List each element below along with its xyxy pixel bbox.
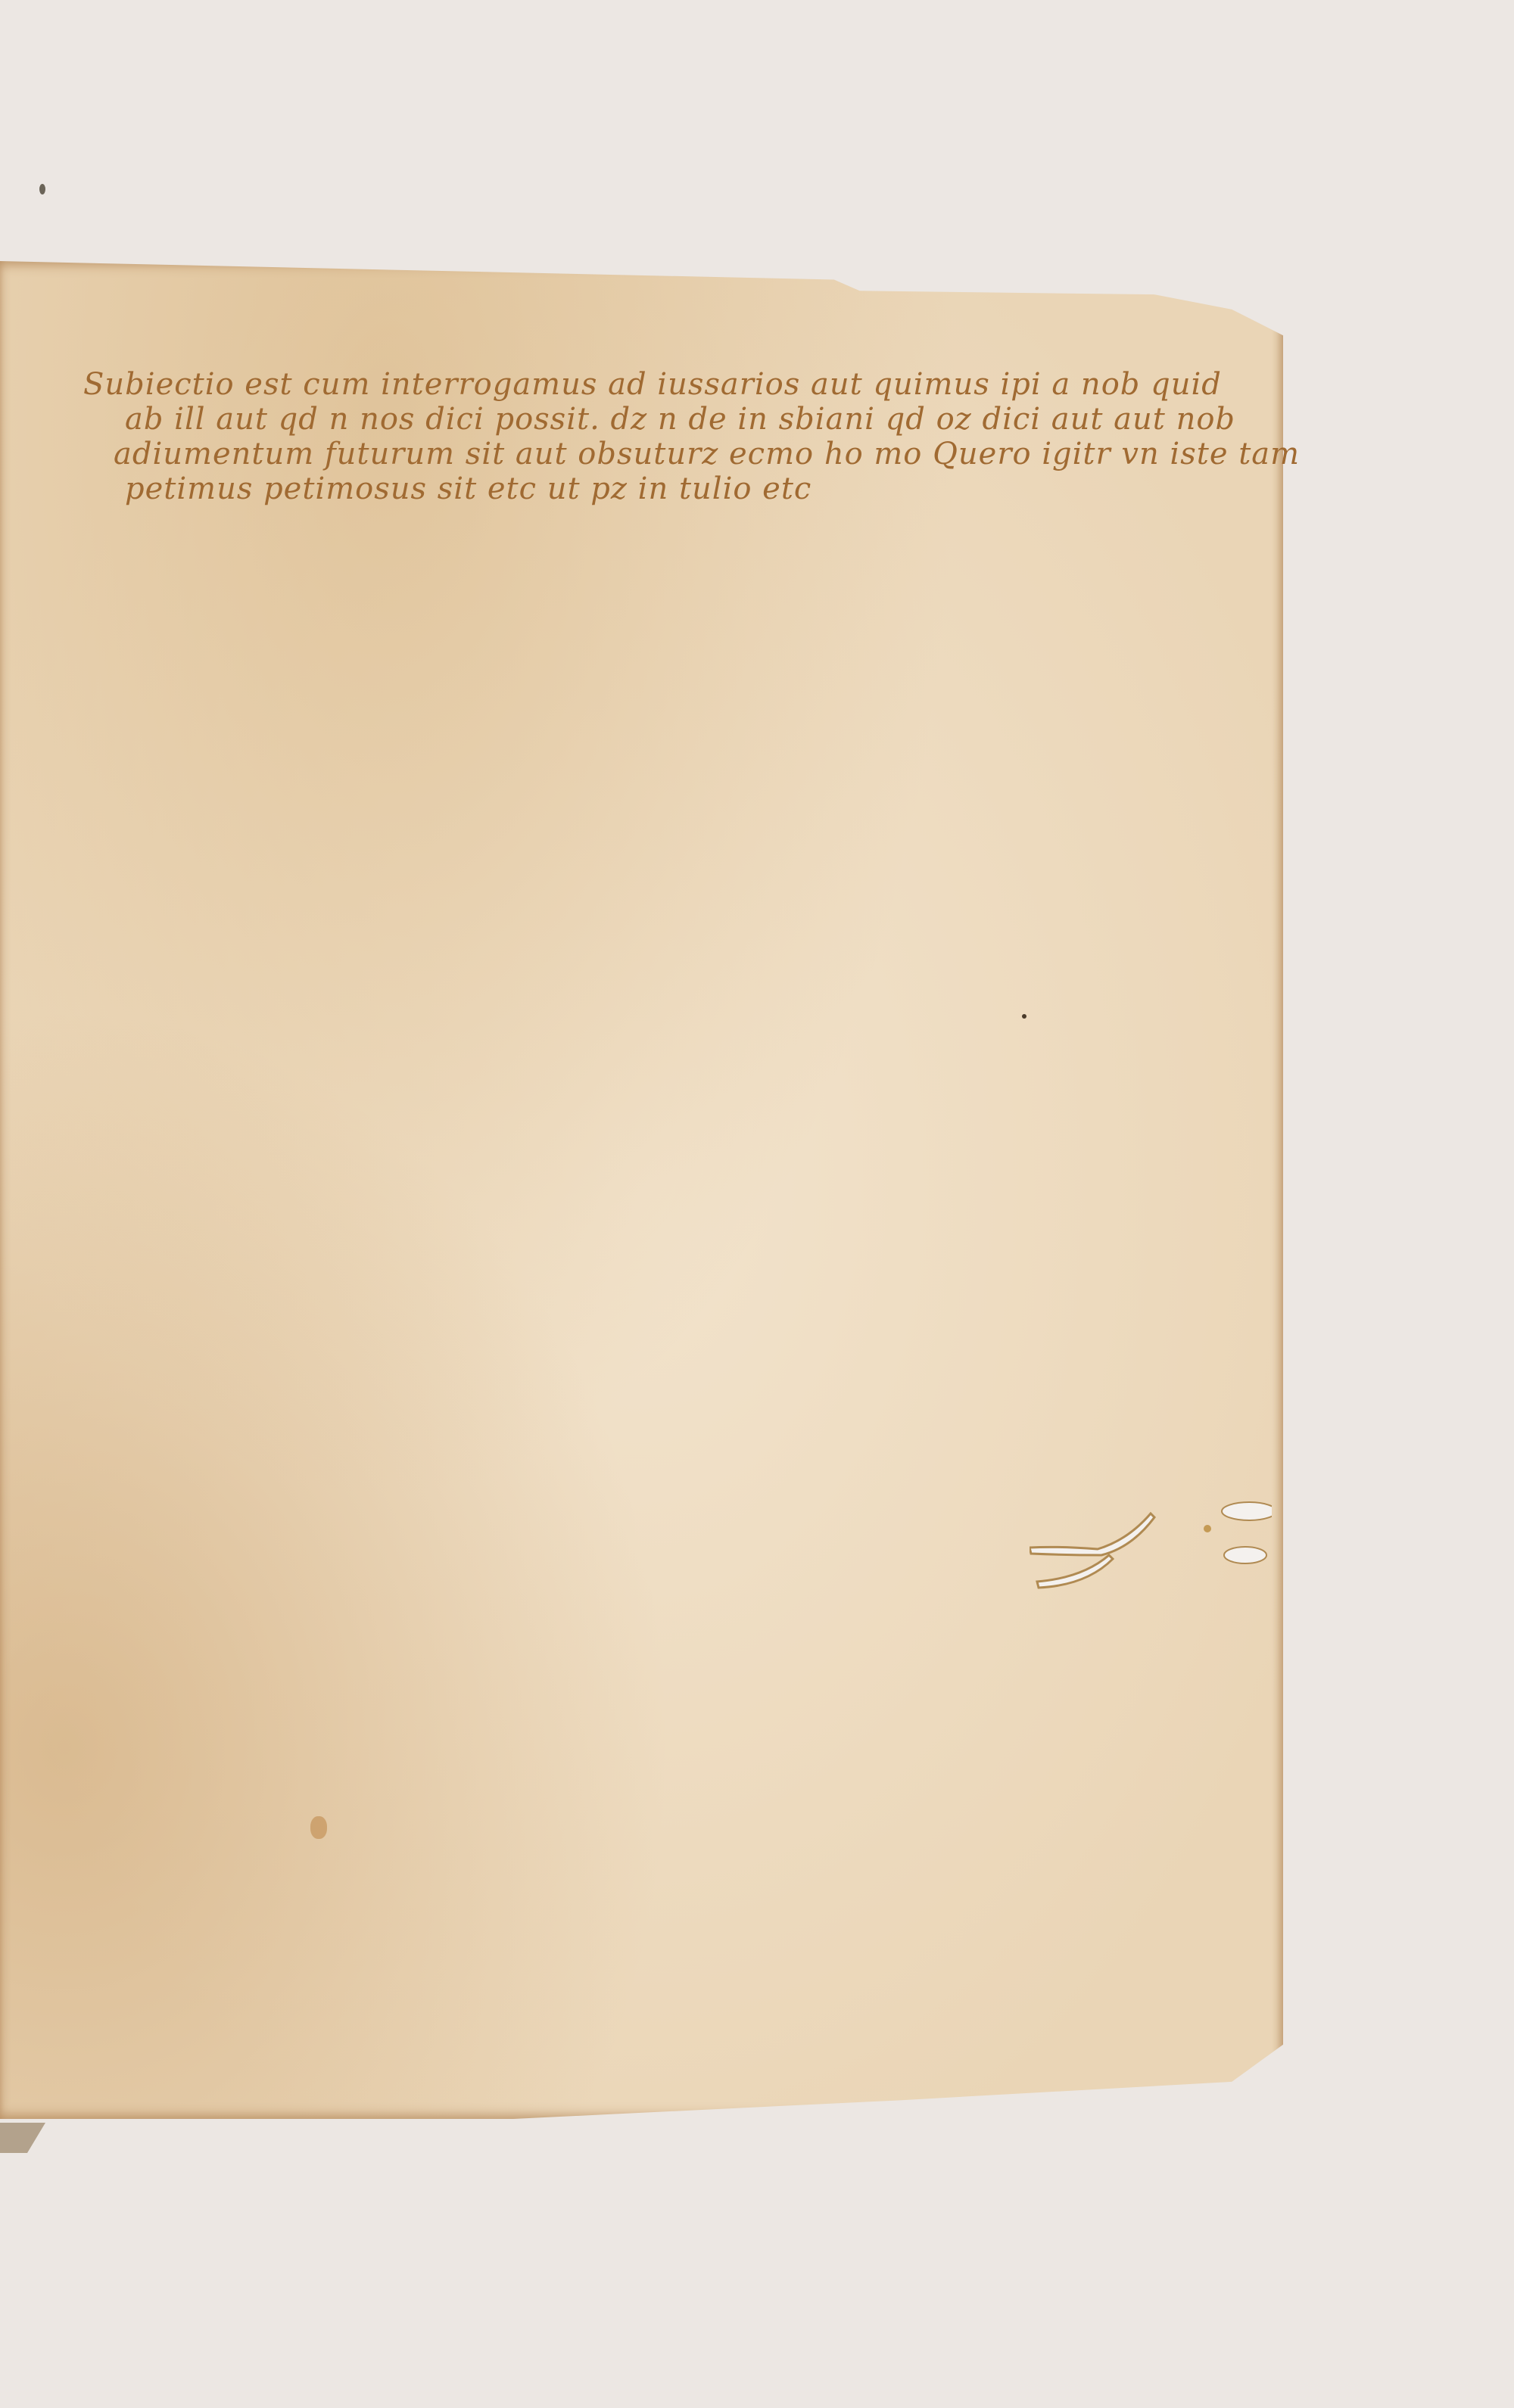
- manuscript-line-2: ab ill aut qd n nos dici possit. dz n de…: [83, 402, 1219, 437]
- paper-stain: [310, 1816, 327, 1839]
- worm-holes: [1030, 1495, 1272, 1593]
- page-fragment: [0, 2123, 45, 2153]
- manuscript-line-4: petimus petimosus sit etc ut pz in tulio…: [83, 471, 1219, 506]
- background-speck: [39, 184, 45, 194]
- manuscript-text: Subiectio est cum interrogamus ad iussar…: [83, 367, 1219, 506]
- manuscript-line-3: adiumentum futurum sit aut obsuturz ecmo…: [83, 437, 1219, 471]
- manuscript-leaf: [0, 261, 1283, 2119]
- manuscript-line-1: Subiectio est cum interrogamus ad iussar…: [83, 367, 1219, 402]
- ink-speck: [1022, 1014, 1026, 1019]
